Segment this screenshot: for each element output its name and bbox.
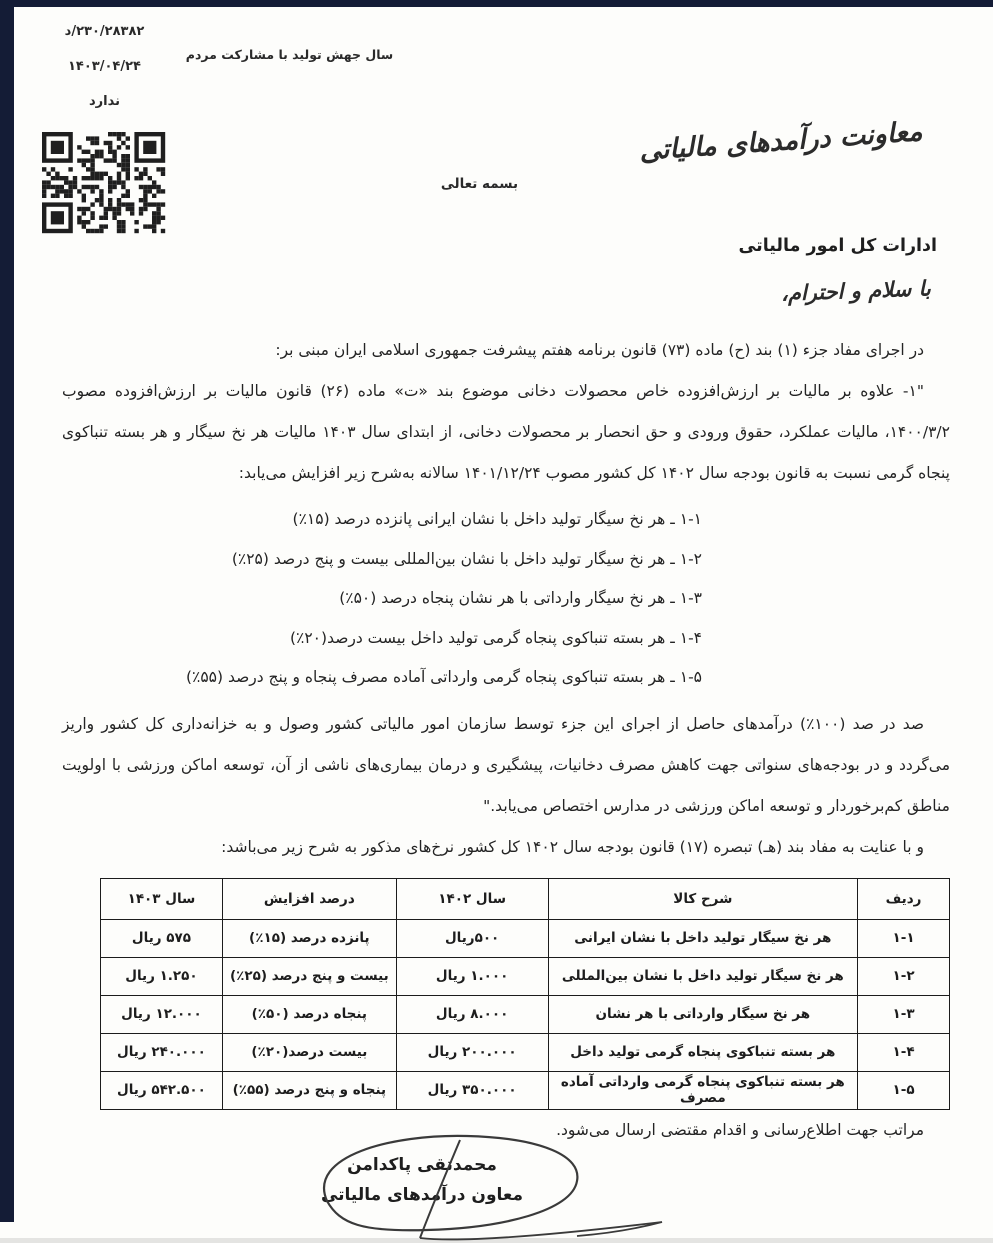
tax-rates-table: ردیف شرح کالا سال ۱۴۰۲ درصد افزایش سال ۱… [100, 878, 950, 1110]
list-item: ۱-۱ ـ هر نخ سیگار تولید داخل با نشان ایر… [62, 500, 702, 540]
letter-body: در اجرای مفاد جزء (۱) بند (ح) ماده (۷۳) … [62, 330, 950, 1151]
table-cell: پنجاه درصد (۵۰٪) [222, 995, 396, 1033]
letter-number: ۲۳۰/۲۸۳۸۲/د [22, 24, 187, 39]
table-header-row: ردیف شرح کالا سال ۱۴۰۲ درصد افزایش سال ۱… [101, 878, 950, 919]
list-item: ۱-۵ ـ هر بسته تنباکوی پنجاه گرمی وارداتی… [62, 658, 702, 698]
scanned-letter-page: ۲۳۰/۲۸۳۸۲/د ۱۴۰۳/۰۴/۲۴ ندارد سال جهش تول… [0, 0, 993, 1243]
table-cell: هر نخ سیگار تولید داخل با نشان بین‌الملل… [548, 957, 858, 995]
table-cell: ۱-۳ [858, 995, 950, 1033]
letter-attachment: ندارد [22, 94, 187, 109]
closing-line: مراتب جهت اطلاع‌رسانی و اقدام مقتضی ارسا… [62, 1110, 950, 1151]
table-cell: هر بسته تنباکوی پنجاه گرمی وارداتی آماده… [548, 1071, 858, 1109]
signature-block: محمدتقی پاکدامن معاون درآمدهای مالیاتی [262, 1150, 582, 1210]
table-header-cell: سال ۱۴۰۲ [396, 878, 548, 919]
table-cell: ۱-۵ [858, 1071, 950, 1109]
table-cell: پنجاه و پنج درصد (۵۵٪) [222, 1071, 396, 1109]
table-header-cell: شرح کالا [548, 878, 858, 919]
letter-reference-block: ۲۳۰/۲۸۳۸۲/د ۱۴۰۳/۰۴/۲۴ ندارد [22, 24, 187, 129]
page-border-bottom [0, 1238, 993, 1243]
table-cell: ۵۷۵ ریال [101, 919, 223, 957]
list-item: ۱-۲ ـ هر نخ سیگار تولید داخل با نشان بین… [62, 540, 702, 580]
bismillah-text: بسمه تعالی [392, 176, 567, 192]
paragraph-1: در اجرای مفاد جزء (۱) بند (ح) ماده (۷۳) … [62, 330, 950, 371]
qr-code-icon [42, 132, 166, 234]
table-header-cell: ردیف [858, 878, 950, 919]
table-cell: بیست و پنج درصد (۲۵٪) [222, 957, 396, 995]
list-item: ۱-۴ ـ هر بسته تنباکوی پنجاه گرمی تولید د… [62, 619, 702, 659]
table-cell: هر نخ سیگار وارداتی با هر نشان [548, 995, 858, 1033]
table-cell: هر نخ سیگار تولید داخل با نشان ایرانی [548, 919, 858, 957]
salutation-line: با سلام و احترام، [781, 275, 932, 305]
table-cell: ۱.۲۵۰ ریال [101, 957, 223, 995]
table-row: ۱-۴ هر بسته تنباکوی پنجاه گرمی تولید داخ… [101, 1033, 950, 1071]
letterhead-calligraphy: معاونت درآمدهای مالیاتی [639, 116, 924, 167]
table-row: ۱-۳ هر نخ سیگار وارداتی با هر نشان ۸.۰۰۰… [101, 995, 950, 1033]
paragraph-3: صد در صد (۱۰۰٪) درآمدهای حاصل از اجرای ا… [62, 704, 950, 827]
table-cell: پانزده درصد (۱۵٪) [222, 919, 396, 957]
table-cell: ۳۵۰.۰۰۰ ریال [396, 1071, 548, 1109]
letter-date: ۱۴۰۳/۰۴/۲۴ [22, 59, 187, 74]
table-header-cell: سال ۱۴۰۳ [101, 878, 223, 919]
table-row: ۱-۵ هر بسته تنباکوی پنجاه گرمی وارداتی آ… [101, 1071, 950, 1109]
paragraph-2: "۱- علاوه بر مالیات بر ارزش‌افزوده خاص م… [62, 371, 950, 494]
recipient-line: ادارات کل امور مالیاتی [738, 236, 937, 256]
table-cell: ۲۰۰.۰۰۰ ریال [396, 1033, 548, 1071]
year-slogan: سال جهش تولید با مشارکت مردم [172, 47, 407, 62]
table-cell: ۱-۱ [858, 919, 950, 957]
list-item: ۱-۳ ـ هر نخ سیگار وارداتی با هر نشان پنج… [62, 579, 702, 619]
signatory-title: معاون درآمدهای مالیاتی [262, 1180, 582, 1210]
rate-items-list: ۱-۱ ـ هر نخ سیگار تولید داخل با نشان ایر… [62, 500, 702, 698]
page-border-top [0, 0, 993, 7]
table-cell: ۵۰۰ریال [396, 919, 548, 957]
table-cell: ۱-۲ [858, 957, 950, 995]
table-cell: ۵۴۲.۵۰۰ ریال [101, 1071, 223, 1109]
table-cell: ۱۲.۰۰۰ ریال [101, 995, 223, 1033]
paragraph-4: و با عنایت به مفاد بند (هـ) تبصره (۱۷) ق… [62, 827, 950, 868]
table-cell: بیست درصد(۲۰٪) [222, 1033, 396, 1071]
table-row: ۱-۲ هر نخ سیگار تولید داخل با نشان بین‌ا… [101, 957, 950, 995]
table-cell: ۱.۰۰۰ ریال [396, 957, 548, 995]
table-cell: هر بسته تنباکوی پنجاه گرمی تولید داخل [548, 1033, 858, 1071]
table-cell: ۸.۰۰۰ ریال [396, 995, 548, 1033]
table-row: ۱-۱ هر نخ سیگار تولید داخل با نشان ایران… [101, 919, 950, 957]
table-cell: ۲۴۰.۰۰۰ ریال [101, 1033, 223, 1071]
table-header-cell: درصد افزایش [222, 878, 396, 919]
page-border-left [0, 0, 14, 1222]
signatory-name: محمدتقی پاکدامن [262, 1150, 582, 1180]
table-cell: ۱-۴ [858, 1033, 950, 1071]
